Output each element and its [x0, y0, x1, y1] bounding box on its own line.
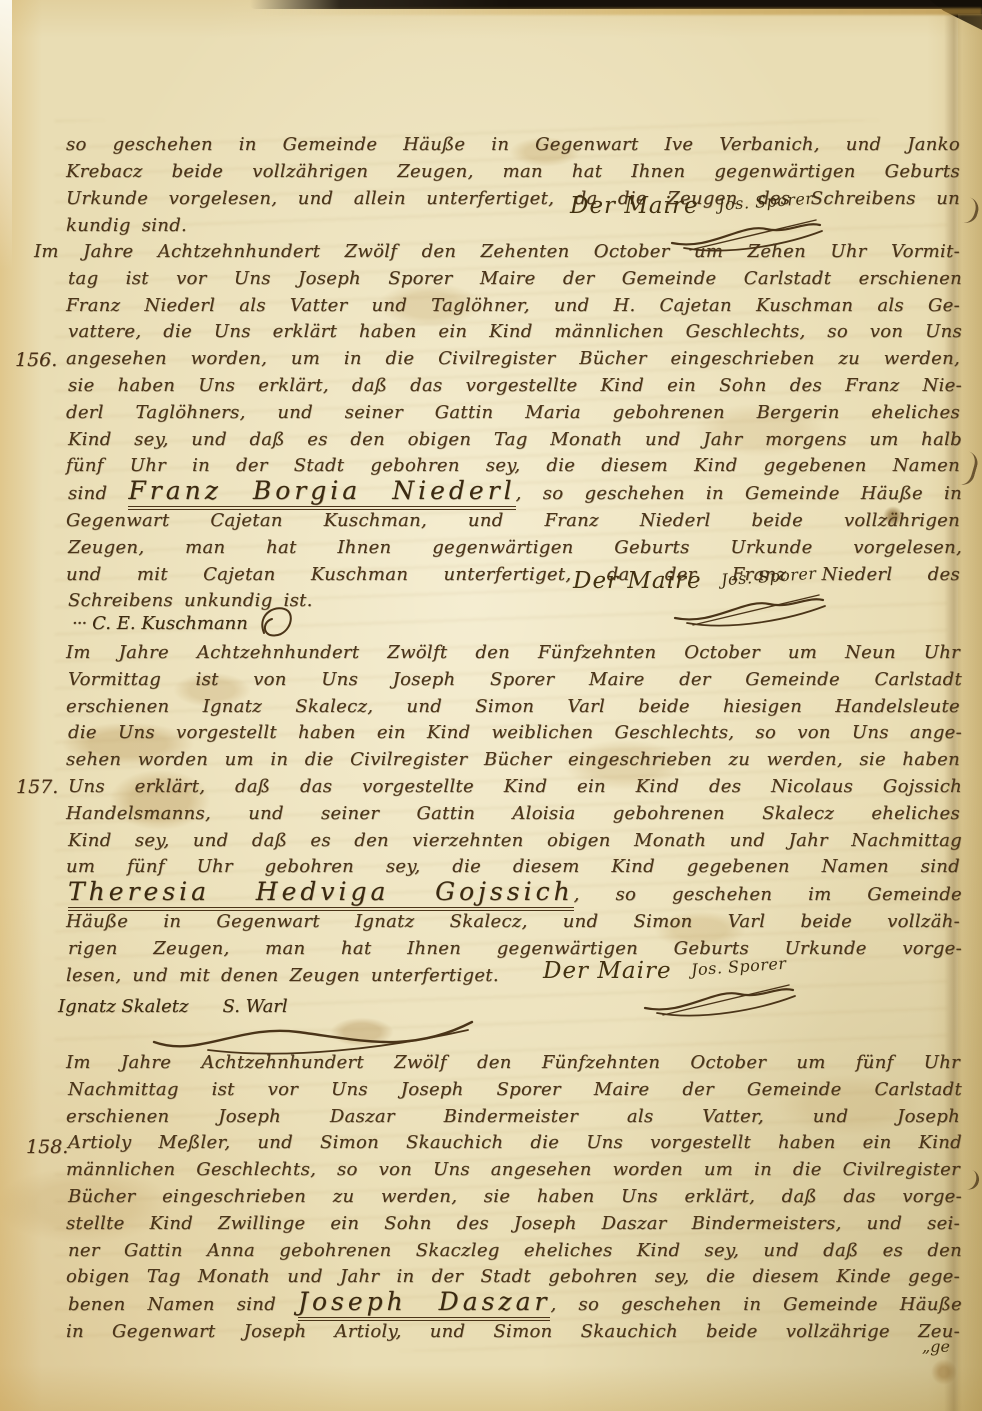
entry-156: Im Jahre Achtzehnhundert Zwölf den Zehen… — [66, 239, 960, 615]
handwritten-line: Urkunde vorgelesen, und allein unterfert… — [66, 185, 960, 212]
maire-signature: Jos. Sporer — [720, 564, 817, 590]
maire-signature-line: Der Maire Jos. Sporer — [573, 568, 816, 594]
handwritten-line: Gegenwart Cajetan Kuschman, und Franz Ni… — [66, 508, 960, 535]
handwritten-line: die Uns vorgestellt haben ein Kind weibl… — [68, 720, 962, 747]
name-line-pre: benen Namen sind — [68, 1294, 298, 1315]
handwritten-line: vattere, die Uns erklärt haben ein Kind … — [68, 319, 962, 346]
maire-title: Der Maire — [543, 958, 672, 984]
handwritten-line-with-name: sind Franz Borgia Niederl, so geschehen … — [68, 480, 962, 508]
maire-title: Der Maire — [573, 568, 702, 594]
signature-flourish — [254, 601, 300, 643]
name-line-pre: sind — [68, 483, 128, 504]
maire-signature: Jos. Sporer — [690, 954, 787, 980]
name-line-post: , so geschehen in Gemeinde Häuße in — [516, 483, 962, 504]
signature-flourish — [669, 592, 829, 628]
handwritten-line: und mit Cajetan Kuschman unterfertiget, … — [66, 562, 960, 589]
handwritten-line: angesehen worden, um in die Civilregiste… — [66, 346, 960, 373]
entry-158: Im Jahre Achtzehnhundert Zwölf den Fünfz… — [66, 1050, 960, 1346]
maire-signature-line: Der Maire Jos. Sporer — [570, 193, 813, 219]
handwritten-line: rigen Zeugen, man hat Ihnen gegenwärtige… — [68, 936, 962, 963]
handwritten-line: Bücher eingeschrieben zu werden, sie hab… — [68, 1184, 962, 1211]
name-line-post: , so geschehen im Gemeinde — [574, 884, 962, 905]
handwritten-line: lesen, und mit denen Zeugen unterfertige… — [66, 963, 960, 990]
entry-number: 156. — [15, 349, 57, 371]
handwritten-line: so geschehen in Gemeinde Häuße in Gegenw… — [66, 131, 960, 158]
entry-number: 158. — [26, 1136, 68, 1158]
witness-signature: C. E. Kuschmann — [72, 601, 300, 643]
witness-name: Ignatz Skaletz — [58, 996, 189, 1017]
catchword: „ge — [922, 1337, 950, 1356]
birth-name-underlined: Theresia Hedviga Gojssich — [68, 877, 574, 911]
handwritten-line: männlichen Geschlechts, so von Uns anges… — [66, 1157, 960, 1184]
handwritten-line: Häuße in Gegenwart Ignatz Skalecz, und S… — [66, 909, 960, 936]
handwritten-line: sie haben Uns erklärt, daß das vorgestel… — [68, 373, 962, 400]
handwritten-line: ner Gattin Anna gebohrenen Skaczleg ehel… — [68, 1238, 962, 1265]
handwritten-line: Handelsmanns, und seiner Gattin Aloisia … — [66, 801, 960, 828]
entry-157: Im Jahre Achtzehnhundert Zwölft den Fünf… — [66, 640, 960, 989]
page-edge-tan — [260, 8, 982, 15]
handwritten-line: Im Jahre Achtzehnhundert Zwölft den Fünf… — [66, 640, 960, 667]
birth-name-underlined: Joseph Daszar — [298, 1287, 550, 1321]
handwritten-line: derl Taglöhners, und seiner Gattin Maria… — [66, 400, 960, 427]
maire-title: Der Maire — [570, 193, 699, 219]
entry-number: 157. — [16, 776, 58, 798]
signature-flourish — [639, 982, 799, 1018]
handwritten-line-with-name: benen Namen sind Joseph Daszar, so gesch… — [68, 1291, 962, 1319]
handwritten-line: Kind sey, und daß es den vierzehnten obi… — [68, 828, 962, 855]
handwritten-line: Nachmittag ist vor Uns Joseph Sporer Mai… — [68, 1077, 962, 1104]
handwritten-line: in Gegenwart Joseph Artioly, und Simon S… — [66, 1319, 960, 1346]
handwritten-line: sehen worden um in die Civilregister Büc… — [66, 747, 960, 774]
handwritten-line: Zeugen, man hat Ihnen gegenwärtigen Gebu… — [68, 535, 962, 562]
signature-dash-mark — [72, 613, 92, 634]
witness-signature-row: Ignatz SkaletzS. Warl — [58, 996, 288, 1017]
witness-name: S. Warl — [223, 996, 288, 1017]
handwritten-line: Kind sey, und daß es den obigen Tag Mona… — [68, 427, 962, 454]
maire-signature: Jos. Sporer — [717, 189, 814, 215]
handwritten-line: Uns erklärt, daß das vorgestellte Kind e… — [68, 774, 962, 801]
name-line-post: , so geschehen in Gemeinde Häuße — [550, 1294, 962, 1315]
witness-name: C. E. Kuschmann — [92, 613, 248, 634]
handwritten-line: erschienen Joseph Daszar Bindermeister a… — [66, 1104, 960, 1131]
handwritten-line: Artioly Meßler, und Simon Skauchich die … — [68, 1130, 962, 1157]
handwritten-line: erschienen Ignatz Skalecz, und Simon Var… — [66, 694, 960, 721]
handwritten-line: Im Jahre Achtzehnhundert Zwölf den Fünfz… — [66, 1050, 960, 1077]
handwritten-line: Vormittag ist von Uns Joseph Sporer Mair… — [68, 667, 962, 694]
handwritten-line-with-name: Theresia Hedviga Gojssich, so geschehen … — [68, 881, 962, 909]
handwritten-line: tag ist vor Uns Joseph Sporer Maire der … — [68, 266, 962, 293]
handwritten-line: Im Jahre Achtzehnhundert Zwölf den Zehen… — [66, 239, 960, 266]
register-page: so geschehen in Gemeinde Häuße in Gegenw… — [0, 0, 982, 1411]
handwritten-line: stellte Kind Zwillinge ein Sohn des Jose… — [66, 1211, 960, 1238]
birth-name-underlined: Franz Borgia Niederl — [128, 476, 515, 510]
page-edge-left-light — [0, 0, 12, 270]
maire-signature-line: Der Maire Jos. Sporer — [543, 958, 786, 984]
handwritten-line: Krebacz beide vollzährigen Zeugen, man h… — [66, 158, 960, 185]
handwritten-line: Franz Niederl als Vatter und Taglöhner, … — [66, 293, 960, 320]
